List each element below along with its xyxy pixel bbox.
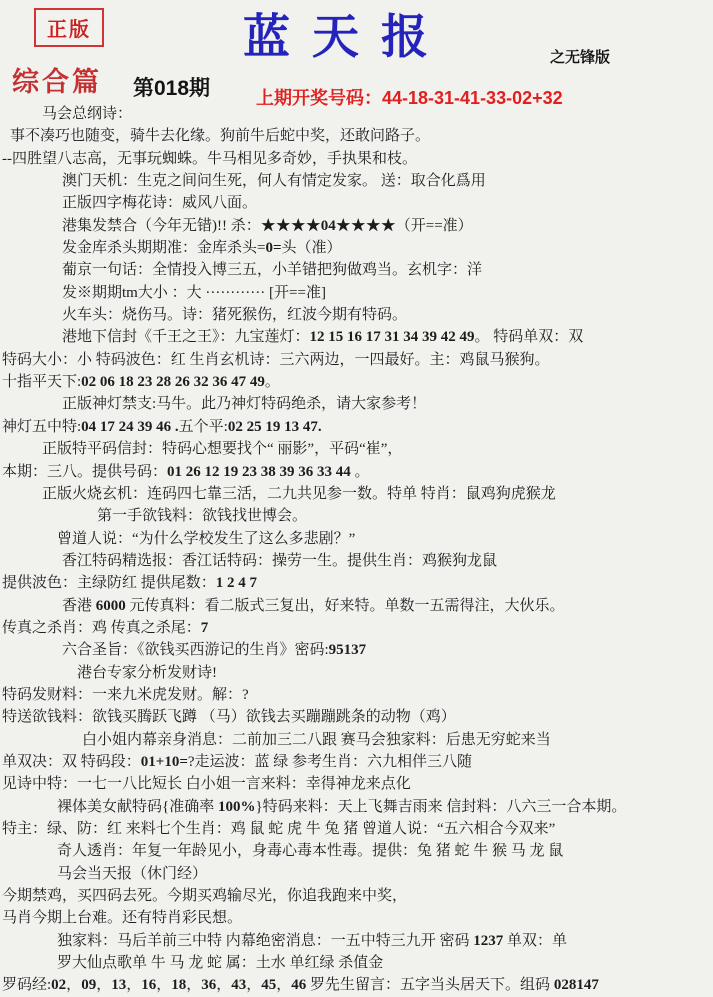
edition-label: 之无锋版 [550,46,610,67]
text-line: 火车头：烧伤马。诗：猪死猴伤，红波今期有特码。 [2,304,713,326]
text-line: 曾道人说：“为什么学校发生了这么多悲剧？” [2,528,713,550]
text-line: 葡京一句话：全情投入博三五，小羊错把狗做鸡当。玄机字：洋 [2,259,713,281]
newspaper-page: 正版 蓝天报 之无锋版 综合篇 第018期 上期开奖号码：44-18-31-41… [0,0,713,997]
text-line: 事不凑巧也随变，骑牛去化缘。狗前牛后蛇中奖，还敢问路子。 [2,125,713,147]
text-line: 本期：三八。提供号码：01 26 12 19 23 38 39 36 33 44… [2,461,713,483]
text-line: 香港 6000 元传真料：看二版式三复出，好来特。单数一五需得注，大伙乐。 [2,595,713,617]
content-lines: 马会总纲诗：事不凑巧也随变，骑牛去化缘。狗前牛后蛇中奖，还敢问路子。--四胜望八… [2,103,713,997]
text-line: 马会总纲诗： [2,103,713,125]
text-line: 特码大小：小 特码波色：红 生肖玄机诗：三六两边，一四最好。主：鸡鼠马猴狗。 [2,349,713,371]
text-line: 单双决：双 特码段：01+10=?走运波：蓝 绿 参考生肖：六九相伴三八随 [2,751,713,773]
text-line: 六合圣旨：《欲钱买西游记的生肖》密码:95137 [2,639,713,661]
text-line: 传真之杀肖：鸡 传真之杀尾：7 [2,617,713,639]
text-line: 特送欲钱料：欲钱买腾跃飞蹲 （马）欲钱去买蹦蹦跳条的动物（鸡） [2,706,713,728]
text-line: 港集发禁合（今年无错)!! 杀：★★★★04★★★★（开==准） [2,215,713,237]
page-title: 蓝天报 [243,0,450,67]
text-line: 今期禁鸡，买四码去死。今期买鸡输尽光，你追我跑来中奖， [2,885,713,907]
text-line: 正版火烧玄机：连码四七靠三活，二九共见参一数。特单 特肖：鼠鸡狗虎猴龙 [2,483,713,505]
text-line: 奇人透肖：年复一年龄见小，身毒心毒本性毒。提供：兔 猪 蛇 牛 猴 马 龙 鼠 [2,840,713,862]
issue-number: 第018期 [133,72,210,102]
text-line: 裸体美女献特码{准确率 100%}特码来料：天上飞舞吉雨来 信封料：八六三一合本… [2,796,713,818]
section-label: 综合篇 [12,60,102,99]
text-line: 十指平天下:02 06 18 23 28 26 32 36 47 49。 [2,371,713,393]
text-line: 白小姐内幕亲身消息：二前加三二八跟 赛马会独家料：后患无穷蛇来当 [2,729,713,751]
text-line: 正版神灯禁支:马牛。此乃神灯特码绝杀，请大家参考！ [2,393,713,415]
text-line: 马肖今期上台难。还有特肖彩民想。 [2,907,713,929]
authentic-stamp-label: 正版 [47,19,91,41]
text-line: 香江特码精选报：香江话特码：操劳一生。提供生肖：鸡猴狗龙鼠 [2,550,713,572]
text-line: 特主：绿、防：红 来料七个生肖：鸡 鼠 蛇 虎 牛 兔 猪 曾道人说：“五六相合… [2,818,713,840]
text-line: 发金库杀头期期准：金库杀头=0=头（准） [2,237,713,259]
text-line: 第一手欲钱料：欲钱找世博会。 [2,505,713,527]
authentic-stamp: 正版 [34,8,104,47]
text-line: 独家料：马后羊前三中特 内幕绝密消息：一五中特三九开 密码 1237 单双：单 [2,930,713,952]
text-line: 见诗中特：一七一八比短长 白小姐一言来料：幸得神龙来点化 [2,773,713,795]
text-line: 正版特平码信封：特码心想要找个“ 丽影”，平码“崔”， [2,438,713,460]
text-line: --四胜望八志高，无事玩蜘蛛。牛马相见多奇妙，手执果和枝。 [2,148,713,170]
text-line: 罗大仙点歌单 牛 马 龙 蛇 属：土水 单红绿 杀值金 [2,952,713,974]
text-line: 港地下信封《千王之王》：九宝莲灯：12 15 16 17 31 34 39 42… [2,326,713,348]
text-line: 正版四字梅花诗：威风八面。 [2,192,713,214]
text-line: 发※期期tm大小 ：大 ············ [开==准] [2,282,713,304]
text-line: 罗码经:02，09，13，16，18，36，43，45，46 罗先生留言：五字当… [2,974,713,996]
text-line: 特码发财料：一来九米虎发财。解：? [2,684,713,706]
text-line: 马会当天报（休门经） [2,863,713,885]
text-line: 澳门天机：生克之间问生死，何人有情定发家。 送：取合化爲用 [2,170,713,192]
text-line: 提供波色：主绿防红 提供尾数：1 2 4 7 [2,572,713,594]
text-line: 神灯五中特:04 17 24 39 46 .五个平:02 25 19 13 47… [2,416,713,438]
text-line: 港台专家分析发财诗! [2,662,713,684]
